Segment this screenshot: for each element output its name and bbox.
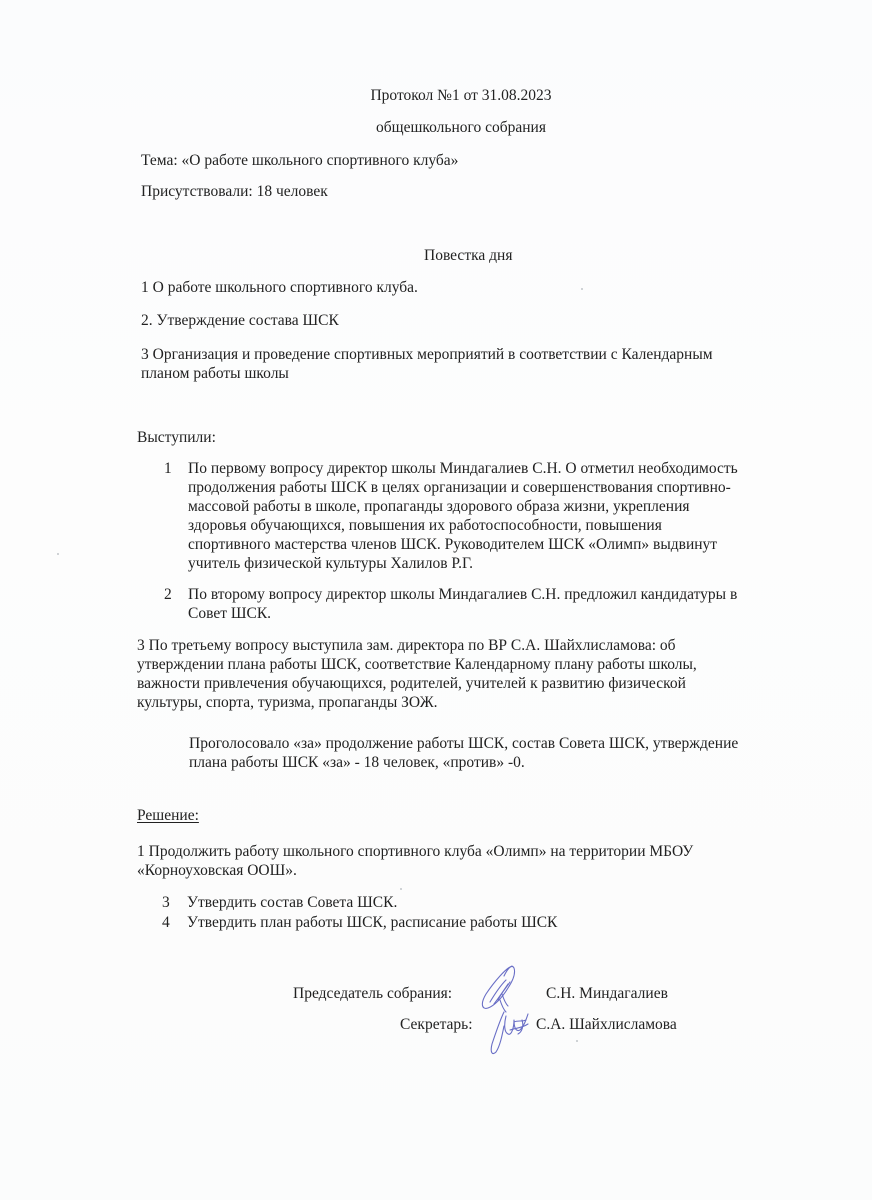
document-title: Протокол №1 от 31.08.2023 [0,86,872,105]
speaker-item-line: Совет ШСК. [188,604,271,623]
scan-speck [581,288,583,290]
decision-item-number: 3 [162,893,170,912]
paragraph-line: культуры, спорта, туризма, пропаганды ЗО… [137,693,438,712]
speaker-item-line: спортивного мастерства членов ШСК. Руков… [188,535,717,554]
scan-speck [57,553,59,555]
paragraph-line: утверждении плана работы ШСК, соответств… [137,655,697,674]
attendance: Присутствовали: 18 человек [141,182,328,201]
secretary-label: Секретарь: [400,1015,473,1034]
meeting-topic: Тема: «О работе школьного спортивного кл… [141,151,458,170]
secretary-name: С.А. Шайхлисламова [536,1015,677,1034]
speaker-item-line: учитель физической культуры Халилов Р.Г. [188,554,473,573]
speaker-item-line: здоровья обучающихся, повышения их работ… [188,516,662,535]
speaker-item-line: массовой работы в школе, пропаганды здор… [188,497,690,516]
speaker-item-line: По первому вопросу директор школы Миндаг… [188,459,738,478]
vote-line: плана работы ШСК «за» - 18 человек, «про… [189,753,525,772]
decision-item-text: Утвердить план работы ШСК, расписание ра… [187,913,557,932]
chair-label: Председатель собрания: [293,984,452,1003]
agenda-item-2: 2. Утверждение состава ШСК [141,311,339,330]
chair-name: С.Н. Миндагалиев [546,984,668,1003]
agenda-item-3-cont: планом работы школы [141,364,289,383]
document-page: Протокол №1 от 31.08.2023 общешкольного … [0,0,872,1200]
scan-speck [400,888,402,890]
document-subtitle: общешкольного собрания [0,118,872,137]
decision-line: «Корноуховская ООШ». [137,861,297,880]
scan-speck [545,98,547,100]
speaker-item-number: 2 [164,585,172,604]
agenda-item-1: 1 О работе школьного спортивного клуба. [141,278,418,297]
vote-line: Проголосовало «за» продолжение работы ШС… [189,734,738,753]
agenda-heading: Повестка дня [424,246,512,265]
speaker-item-line: По второму вопросу директор школы Миндаг… [188,585,737,604]
decision-line: 1 Продолжить работу школьного спортивног… [137,842,693,861]
handwritten-signature-icon [470,960,550,1060]
speakers-heading: Выступили: [137,428,216,447]
speaker-item-number: 1 [164,459,172,478]
decision-item-text: Утвердить состав Совета ШСК. [187,893,397,912]
paragraph-line: важности привлечения обучающихся, родите… [137,674,686,693]
agenda-item-3: 3 Организация и проведение спортивных ме… [141,345,713,364]
decision-item-number: 4 [162,913,170,932]
scan-speck [576,1040,578,1042]
paragraph-line: 3 По третьему вопросу выступила зам. дир… [137,636,676,655]
speaker-item-line: продолжения работы ШСК в целях организац… [188,478,731,497]
decision-heading: Решение: [137,806,199,825]
